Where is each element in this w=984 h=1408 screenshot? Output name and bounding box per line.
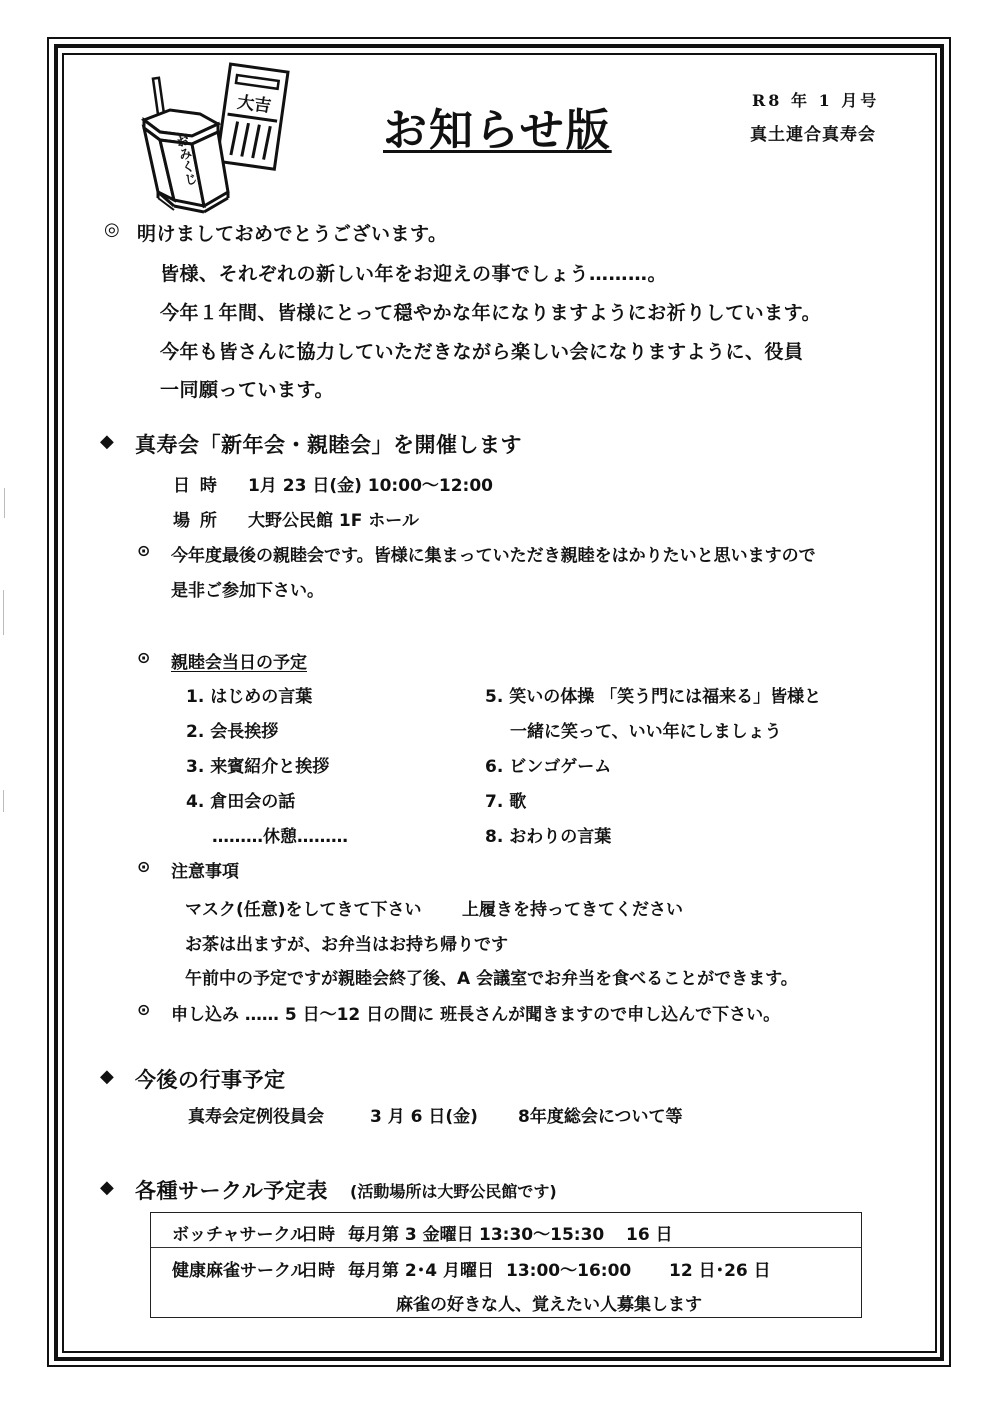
circle-name: 健康麻雀サークル bbox=[172, 1256, 308, 1281]
greeting-line: 今年も皆さんに協力していただきながら楽しい会になりますように、役員 bbox=[160, 337, 804, 364]
circle-time: 13:00～16:00 bbox=[506, 1256, 631, 1281]
schedule-heading: 親睦会当日の予定 bbox=[171, 648, 307, 673]
scan-artifact bbox=[3, 790, 4, 812]
notes-line: 午前中の予定ですが親睦会終了後、A 会議室でお弁当を食べることができます。 bbox=[185, 964, 798, 989]
schedule-item-continuation: 一緒に笑って、いい年にしましょう bbox=[510, 717, 782, 742]
circle-label: 日時 bbox=[301, 1256, 335, 1281]
upcoming-event-name: 真寿会定例役員会 bbox=[188, 1102, 324, 1127]
place-label: 場 所 bbox=[173, 506, 219, 531]
schedule-item: 7. 歌 bbox=[485, 787, 526, 812]
diamond-bullet-icon: ◆ bbox=[100, 431, 114, 452]
circle-dates: 16 日 bbox=[626, 1220, 673, 1245]
circle-recruit-note: 麻雀の好きな人、覚えたい人募集します bbox=[396, 1290, 702, 1315]
event-note-line: 是非ご参加下さい。 bbox=[171, 576, 324, 601]
notes-line: マスク(任意)をしてきて下さい bbox=[185, 895, 422, 920]
application-info: 申し込み …… 5 日～12 日の間に 班長さんが聞きますので申し込んで下さい。 bbox=[171, 1000, 780, 1025]
circles-subheading: (活動場所は大野公民館です) bbox=[350, 1179, 557, 1202]
greeting-line: 皆様、それぞれの新しい年をお迎えの事でしょう………。 bbox=[160, 259, 667, 286]
schedule-break: ………休憩……… bbox=[212, 822, 348, 847]
schedule-item: 8. おわりの言葉 bbox=[485, 822, 611, 847]
circle-time: 13:30～15:30 bbox=[479, 1220, 604, 1245]
issue-date: R8 年 1 月号 bbox=[752, 88, 879, 111]
scan-artifact bbox=[3, 590, 4, 635]
diamond-bullet-icon: ◆ bbox=[100, 1177, 114, 1198]
schedule-item: 6. ビンゴゲーム bbox=[485, 752, 611, 777]
greeting-line: 一同願っています。 bbox=[160, 375, 334, 402]
upcoming-heading: 今後の行事予定 bbox=[135, 1064, 286, 1094]
circle-schedule: 毎月第 3 金曜日 bbox=[348, 1220, 474, 1245]
schedule-item: 1. はじめの言葉 bbox=[186, 682, 312, 707]
dot-circle-bullet-icon: ⊙ bbox=[137, 857, 150, 876]
scan-artifact bbox=[4, 488, 5, 518]
place-value: 大野公民館 1F ホール bbox=[248, 506, 419, 531]
circle-schedule-table: ボッチャサークル 日時 毎月第 3 金曜日 13:30～15:30 16 日 健… bbox=[150, 1212, 862, 1318]
schedule-item: 5. 笑いの体操 「笑う門には福来る」皆様と bbox=[485, 682, 821, 707]
dot-circle-bullet-icon: ⊙ bbox=[137, 648, 150, 667]
upcoming-event-topic: 8年度総会について等 bbox=[518, 1102, 683, 1127]
schedule-item: 2. 会長挨拶 bbox=[186, 717, 278, 742]
omikuji-illustration-icon: 大吉 おみくじ bbox=[130, 60, 295, 215]
datetime-value: 1月 23 日(金) 10:00～12:00 bbox=[248, 471, 493, 496]
circle-schedule: 毎月第 2･4 月曜日 bbox=[348, 1256, 494, 1281]
greeting-line: 今年１年間、皆様にとって穏やかな年になりますようにお祈りしています。 bbox=[160, 298, 821, 325]
notes-line: 上履きを持ってきてください bbox=[462, 895, 683, 920]
datetime-label: 日 時 bbox=[173, 471, 219, 496]
greeting-line: 明けましておめでとうございます。 bbox=[137, 219, 447, 246]
notes-line: お茶は出ますが、お弁当はお持ち帰りです bbox=[185, 930, 508, 955]
table-row-divider bbox=[151, 1247, 861, 1248]
fortune-slip-icon: 大吉 bbox=[217, 64, 288, 169]
dot-circle-bullet-icon: ⊙ bbox=[137, 541, 150, 560]
circle-name: ボッチャサークル bbox=[172, 1220, 307, 1245]
circle-label: 日時 bbox=[301, 1220, 335, 1245]
circles-heading: 各種サークル予定表 bbox=[135, 1175, 328, 1205]
double-circle-bullet-icon: ◎ bbox=[104, 219, 120, 240]
notes-heading: 注意事項 bbox=[171, 857, 239, 882]
schedule-item: 3. 来賓紹介と挨拶 bbox=[186, 752, 329, 777]
diamond-bullet-icon: ◆ bbox=[100, 1066, 114, 1087]
schedule-item: 4. 倉田会の話 bbox=[186, 787, 295, 812]
upcoming-event-date: 3 月 6 日(金) bbox=[370, 1102, 478, 1127]
omikuji-box-icon: おみくじ bbox=[144, 110, 228, 212]
page-title: お知らせ版 bbox=[383, 94, 612, 158]
circle-dates: 12 日･26 日 bbox=[669, 1256, 771, 1281]
organization-name: 真土連合真寿会 bbox=[750, 120, 876, 145]
dot-circle-bullet-icon: ⊙ bbox=[137, 1000, 150, 1019]
event-note-line: 今年度最後の親睦会です。皆様に集まっていただき親睦をはかりたいと思いますので bbox=[171, 541, 816, 566]
event-heading: 真寿会「新年会・親睦会」を開催します bbox=[135, 429, 522, 459]
